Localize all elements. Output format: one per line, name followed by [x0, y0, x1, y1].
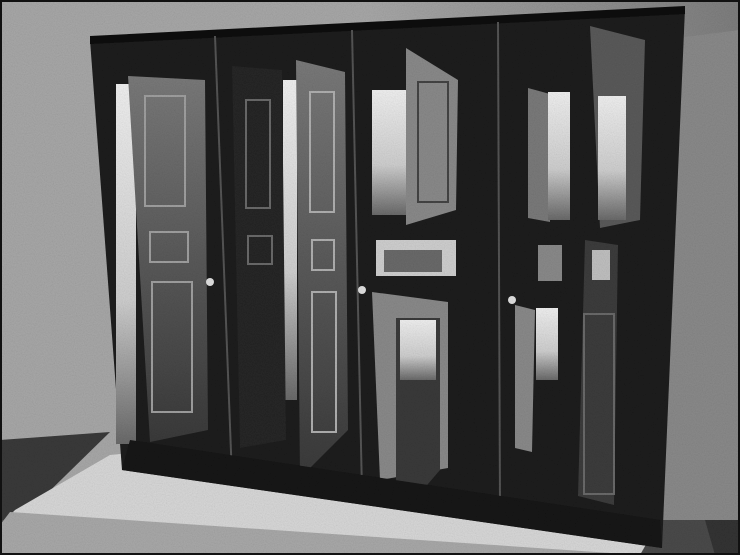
panel-4-small-box — [538, 245, 562, 281]
keyhole — [206, 278, 214, 286]
panel-2-door-closed — [232, 66, 286, 448]
panel-3-upper-window — [372, 90, 406, 215]
panel-2-reflection — [283, 80, 297, 400]
panel-4-shutter-left — [528, 88, 550, 222]
photo-illustration — [0, 0, 740, 555]
photo-scene — [0, 0, 740, 555]
panel-4-lower-shutter — [515, 305, 535, 452]
